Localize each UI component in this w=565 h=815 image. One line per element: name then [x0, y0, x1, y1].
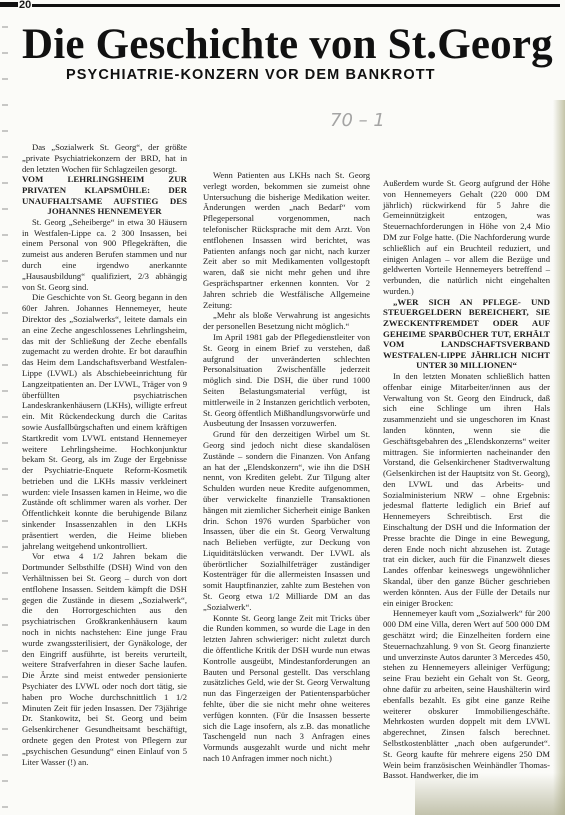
- middle-column: Wenn Patienten aus LKHs nach St. Georg v…: [203, 170, 370, 764]
- binding-holes: [2, 14, 8, 814]
- right-column: Außerdem wurde St. Georg aufgrund der Hö…: [383, 178, 550, 781]
- top-rule: [0, 4, 560, 7]
- page-number: 20: [18, 0, 32, 10]
- article-title: Die Geschichte von St.Georg: [22, 22, 557, 68]
- page-curl-shadow: [415, 773, 565, 815]
- section-subheading: VOM LEHRLINGSHEIM ZUR PRIVATEN KLAPSMÜHL…: [22, 174, 187, 216]
- body-paragraph: Grund für den derzeitigen Wirbel um St. …: [203, 429, 370, 613]
- body-paragraph: Konnte St. Georg lange Zeit mit Tricks ü…: [203, 613, 370, 764]
- body-paragraph: Hennemeyer kauft vom „Sozialwerk“ für 20…: [383, 608, 550, 781]
- page-fold-shadow: [553, 100, 565, 815]
- body-paragraph: St. Georg „Seheiberge“ in etwa 30 Häuser…: [22, 217, 187, 293]
- pull-quote-heading: „WER SICH AN PFLEGE- UND STEUERGELDERN B…: [383, 297, 550, 371]
- handwritten-annotation: 70 – 1: [330, 110, 385, 131]
- body-paragraph: In den letzten Monaten schließlich hatte…: [383, 371, 550, 609]
- article-subtitle: PSYCHIATRIE-KONZERN VOR DEM BANKROTT: [66, 67, 506, 83]
- body-paragraph: Außerdem wurde St. Georg aufgrund der Hö…: [383, 178, 550, 297]
- body-paragraph: Vor etwa 4 1/2 Jahren bekam die Dortmund…: [22, 551, 187, 767]
- body-paragraph: Die Geschichte von St. Georg begann in d…: [22, 292, 187, 551]
- newspaper-page: 20 Die Geschichte von St.Georg PSYCHIATR…: [0, 0, 565, 815]
- body-paragraph: Wenn Patienten aus LKHs nach St. Georg v…: [203, 170, 370, 310]
- quote-paragraph: „Mehr als bloße Verwahrung ist angesicht…: [203, 310, 370, 332]
- body-paragraph: Im April 1981 gab der Pflegedienstleiter…: [203, 332, 370, 429]
- intro-paragraph: Das „Sozialwerk St. Georg“, der größte „…: [22, 142, 187, 174]
- left-column: Das „Sozialwerk St. Georg“, der größte „…: [22, 142, 187, 767]
